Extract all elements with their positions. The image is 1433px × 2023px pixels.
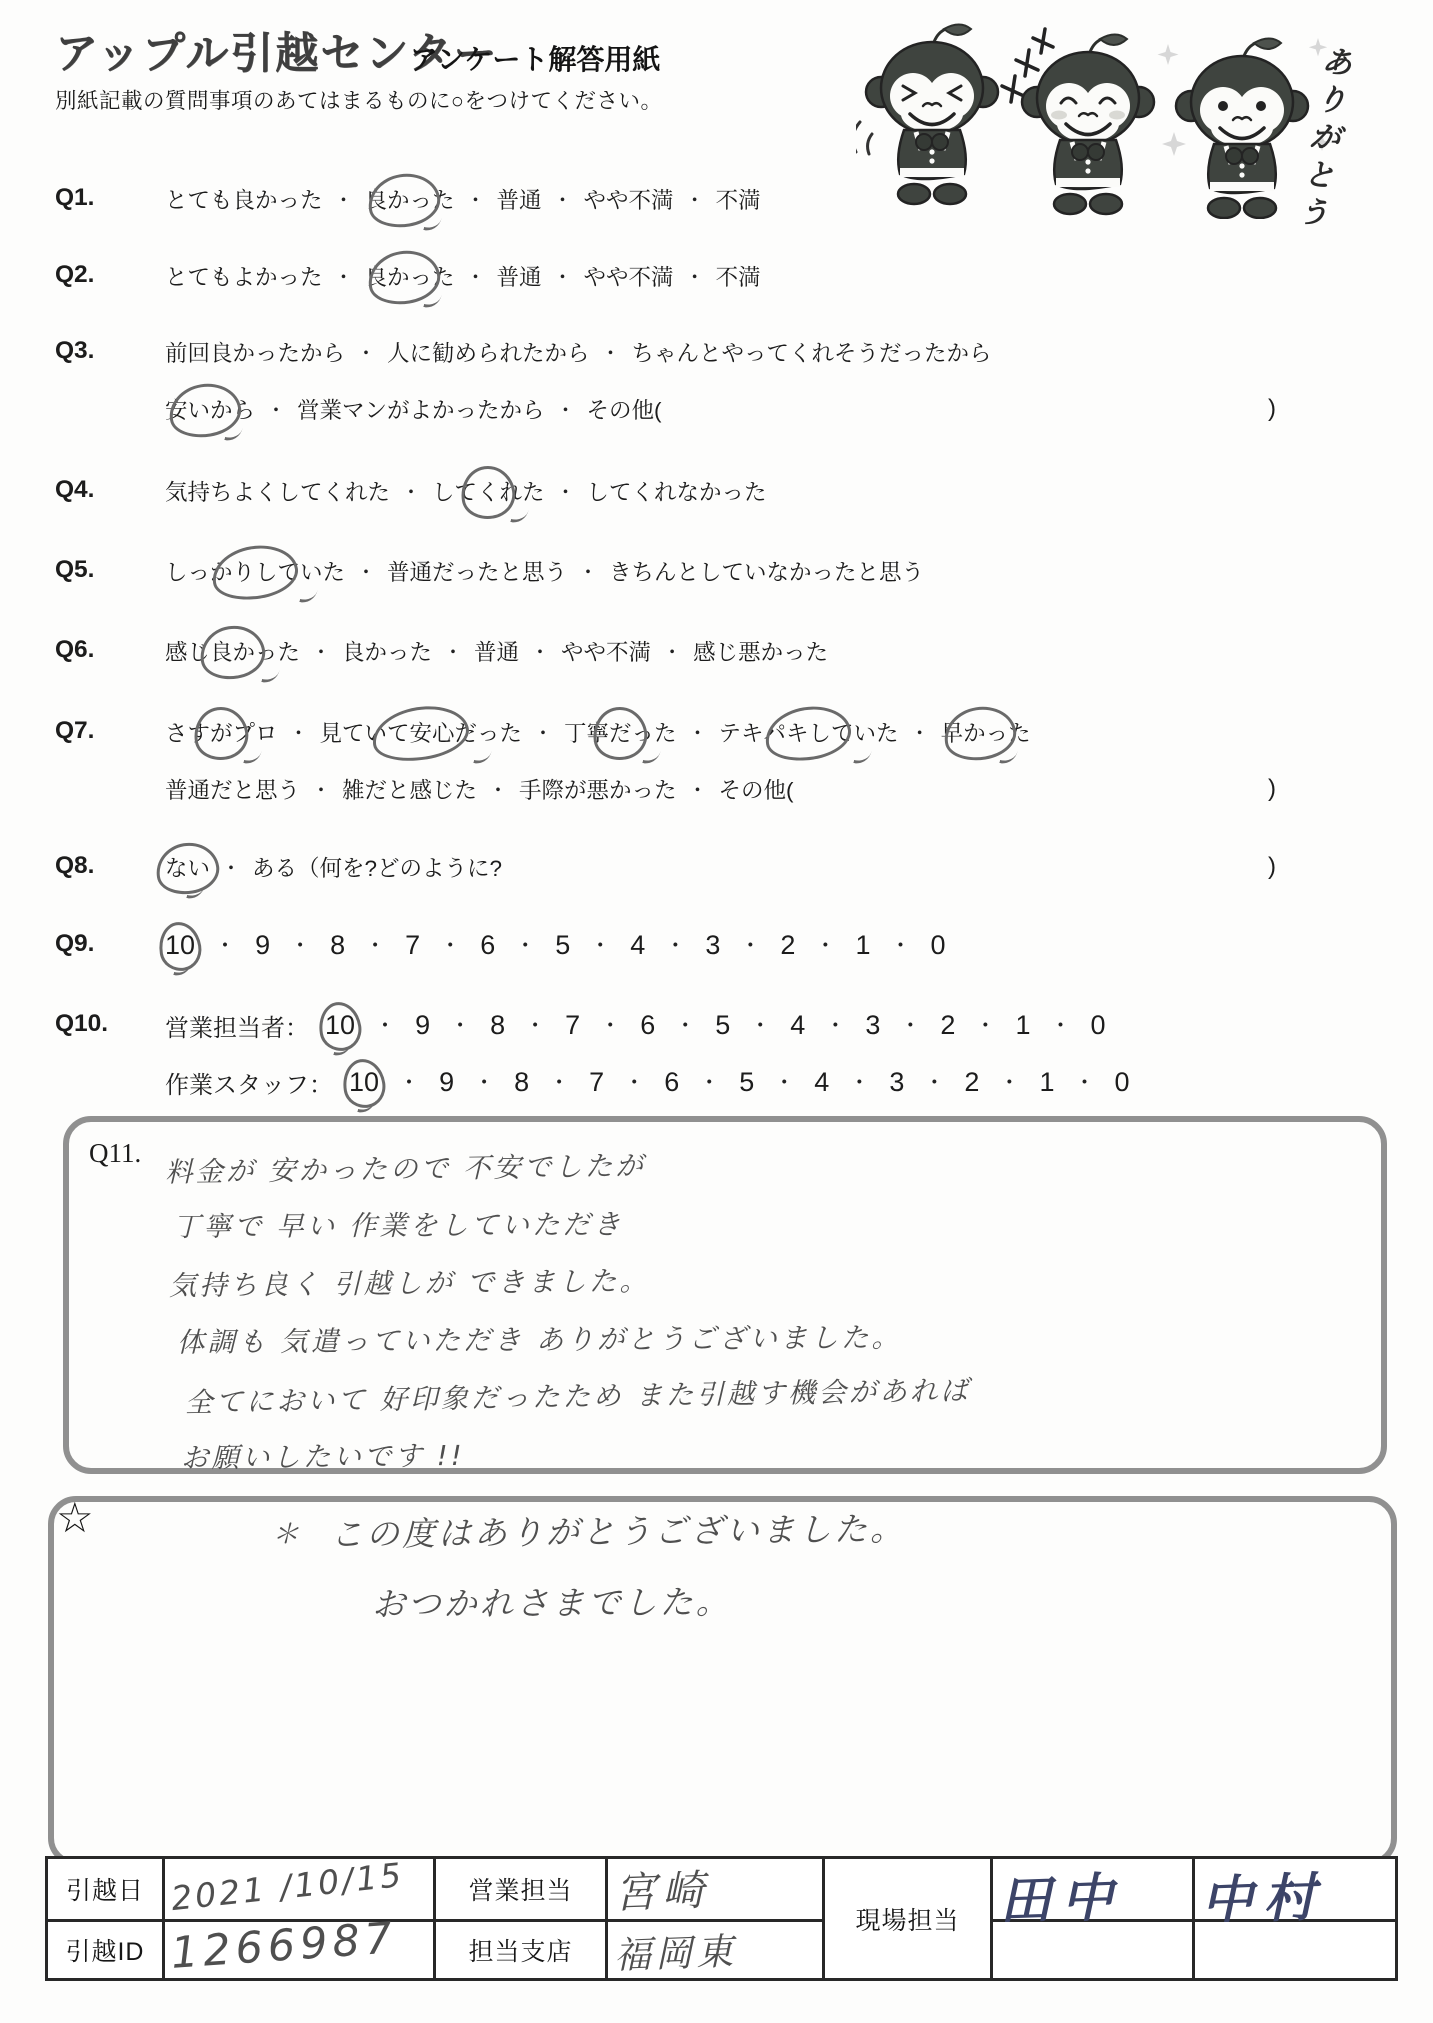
option-circled[interactable]: 安いから	[165, 393, 255, 425]
move-id-cell[interactable]: 1266987	[164, 1921, 435, 1980]
option[interactable]: 普通だったと思う	[387, 555, 567, 587]
option[interactable]: とてもよかった	[165, 260, 323, 292]
crew2-cell[interactable]: 中村	[1194, 1858, 1397, 1921]
branch-label: 担当支店	[435, 1921, 607, 1980]
option[interactable]: 良かった	[342, 635, 432, 667]
option[interactable]: 感じ悪かった	[693, 635, 828, 667]
option-separator: ・	[814, 929, 836, 960]
option-separator: ・	[524, 1009, 546, 1040]
question-label: Q6.	[55, 636, 95, 664]
option-circled[interactable]: 良かった	[365, 183, 455, 215]
option-circled[interactable]: しっかりしていた	[165, 555, 345, 587]
option-separator: ・	[998, 1066, 1020, 1097]
option-circled[interactable]: 10	[165, 930, 195, 961]
question-options: さすがプロ・見ていて安心だった・丁寧だった・テキパキしていた・早かった普通だと思…	[165, 716, 1433, 830]
option[interactable]: 0	[1090, 1010, 1105, 1041]
handwritten-asterisk-mark: ＊	[272, 1512, 302, 1551]
handwritten-comment-line: 丁寧で 早い 作業をしていただき	[165, 1199, 971, 1261]
option[interactable]: その他(	[719, 773, 794, 805]
sales-rep-handwritten: 宮崎	[613, 1857, 711, 1920]
option[interactable]: 手際が悪かった	[519, 773, 677, 805]
option[interactable]: 雑だと感じた	[342, 773, 477, 805]
option-separator: ・	[449, 1009, 471, 1040]
question-label: Q1.	[55, 184, 95, 212]
option[interactable]: 4	[814, 1067, 829, 1098]
motion-lines-icon	[856, 122, 872, 154]
question-label: Q4.	[55, 476, 95, 504]
handwritten-comment-line: お願いしたいです !!	[165, 1428, 971, 1493]
option[interactable]: 1	[1015, 1010, 1030, 1041]
option-circled[interactable]: 丁寧だった	[564, 716, 677, 748]
handwritten-comment-line: 体調も 気遣っていただき ありがとうございました。	[165, 1314, 971, 1377]
option-line: 安いから・営業マンがよかったから・その他()	[165, 393, 1433, 425]
question-options: とても良かった・良かった・普通・やや不満・不満	[165, 183, 1433, 240]
option[interactable]: 2	[964, 1067, 979, 1098]
question-options: ない・ある（何を?どのように?)	[165, 851, 1433, 908]
sales-rep-label: 営業担当	[435, 1858, 607, 1921]
option-separator: ・	[664, 929, 686, 960]
question-options: 10・9・8・7・6・5・4・3・2・1・0	[165, 929, 1433, 986]
option-separator: ・	[623, 1066, 645, 1097]
question-label: Q10.	[55, 1010, 108, 1038]
option-separator: ・	[548, 1066, 570, 1097]
survey-sheet: アップル引越センター アンケート解答用紙 別紙記載の質問事項のあてはまるものに○…	[0, 0, 1433, 2023]
option-separator: ・	[674, 1009, 696, 1040]
option[interactable]: 7	[589, 1067, 604, 1098]
option-line: ない・ある（何を?どのように?)	[165, 851, 1433, 883]
option-circled[interactable]: 10	[325, 1010, 355, 1041]
option-line: 前回良かったから・人に勧められたから・ちゃんとやってくれそうだったから	[165, 336, 1433, 368]
option[interactable]: 普通だと思う	[165, 773, 300, 805]
option-line: しっかりしていた・普通だったと思う・きちんとしていなかったと思う	[165, 555, 1433, 587]
question-label: Q9.	[55, 930, 95, 958]
option-separator: ・	[514, 929, 536, 960]
option-separator: ・	[974, 1009, 996, 1040]
move-date-handwritten: 2021 /10/15	[169, 1854, 405, 1917]
option-separator: ・	[466, 261, 486, 290]
move-date-label: 引越日	[47, 1858, 164, 1921]
q11-comment-box: Q11. 料金が 安かったので 不安でしたが丁寧で 早い 作業をしていただき気持…	[63, 1116, 1387, 1474]
option[interactable]: 6	[640, 1010, 655, 1041]
handwritten-note-line: この度はありがとうございました。	[330, 1503, 906, 1556]
option-prefix: 作業スタッフ：	[165, 1065, 333, 1100]
option-separator: ・	[824, 1009, 846, 1040]
option[interactable]: 1	[1039, 1067, 1054, 1098]
option[interactable]: きちんとしていなかったと思う	[609, 555, 924, 587]
instruction-text: 別紙記載の質問事項のあてはまるものに○をつけてください。	[55, 84, 663, 115]
option[interactable]: 営業マンがよかったから	[297, 393, 545, 425]
option-separator: ・	[739, 929, 761, 960]
option-separator: ・	[688, 774, 708, 803]
question-options: 感じ良かった・良かった・普通・やや不満・感じ悪かった	[165, 635, 1433, 692]
option[interactable]: 不満	[716, 260, 761, 292]
option[interactable]: 7	[405, 930, 420, 961]
option[interactable]: とても良かった	[165, 183, 323, 215]
q11-handwritten-comment: 料金が 安かったので 不安でしたが丁寧で 早い 作業をしていただき気持ち良く 引…	[165, 1144, 971, 1489]
closing-paren: )	[1268, 775, 1276, 803]
q11-label: Q11.	[89, 1138, 141, 1169]
option[interactable]: 3	[705, 930, 720, 961]
option[interactable]: 前回良かったから	[165, 336, 345, 368]
option[interactable]: 気持ちよくしてくれた	[165, 475, 390, 507]
option-separator: ・	[289, 929, 311, 960]
option-circled[interactable]: してくれた	[432, 475, 545, 507]
crew1-cell[interactable]: 田中	[992, 1858, 1194, 1921]
option-separator: ・	[889, 929, 911, 960]
handwritten-comment-line: 全てにおいて 好印象だったため また引越す機会があれば	[165, 1368, 972, 1438]
option[interactable]: 不満	[716, 183, 761, 215]
option-separator: ・	[443, 636, 463, 665]
question-label: Q7.	[55, 717, 95, 745]
question-options: しっかりしていた・普通だったと思う・きちんとしていなかったと思う	[165, 555, 1433, 612]
option-separator: ・	[398, 1066, 420, 1097]
option[interactable]: 2	[940, 1010, 955, 1041]
option-line: 普通だと思う・雑だと感じた・手際が悪かった・その他()	[165, 773, 1433, 805]
handwritten-comment-line: 気持ち良く 引越しが できました。	[165, 1255, 972, 1321]
option[interactable]: 7	[565, 1010, 580, 1041]
branch-cell[interactable]: 福岡東	[607, 1921, 824, 1980]
option[interactable]: 8	[330, 930, 345, 961]
option[interactable]: やや不満	[584, 183, 674, 215]
question-label: Q8.	[55, 852, 95, 880]
option[interactable]: やや不満	[584, 260, 674, 292]
option-separator: ・	[685, 184, 705, 213]
option-separator: ・	[848, 1066, 870, 1097]
option[interactable]: やや不満	[561, 635, 651, 667]
option-separator: ・	[662, 636, 682, 665]
option[interactable]: その他(	[587, 393, 662, 425]
option[interactable]: 1	[855, 930, 870, 961]
closing-paren: )	[1268, 395, 1276, 423]
question-label: Q5.	[55, 556, 95, 584]
option-separator: ・	[1073, 1066, 1095, 1097]
question-options: 営業担当者：10・9・8・7・6・5・4・3・2・1・0作業スタッフ：10・9・…	[165, 1009, 1433, 1123]
option-line: 作業スタッフ：10・9・8・7・6・5・4・3・2・1・0	[165, 1066, 1433, 1098]
option[interactable]: 5	[739, 1067, 754, 1098]
option-line: さすがプロ・見ていて安心だった・丁寧だった・テキパキしていた・早かった	[165, 716, 1433, 748]
option[interactable]: 5	[715, 1010, 730, 1041]
branch-handwritten: 福岡東	[613, 1921, 738, 1979]
option-separator: ・	[599, 1009, 621, 1040]
option[interactable]: してくれなかった	[587, 475, 767, 507]
sales-rep-cell[interactable]: 宮崎	[607, 1858, 824, 1921]
star-icon: ☆	[56, 1493, 94, 1542]
option-circled[interactable]: 感じ良かった	[165, 635, 300, 667]
option-separator: ・	[488, 774, 508, 803]
closing-paren: )	[1268, 853, 1276, 881]
option-line: とても良かった・良かった・普通・やや不満・不満	[165, 183, 1433, 215]
move-id-handwritten: 1266987	[169, 1913, 398, 1979]
option-separator: ・	[773, 1066, 795, 1097]
option-circled[interactable]: テキパキしていた	[719, 716, 899, 748]
option-circled[interactable]: 良かった	[365, 260, 455, 292]
crew2-handwritten: 中村	[1200, 1878, 1325, 1922]
form-title: アンケート解答用紙	[410, 38, 660, 78]
option-separator: ・	[556, 476, 576, 505]
move-id-label: 引越ID	[47, 1921, 164, 1980]
option[interactable]: 3	[889, 1067, 904, 1098]
option[interactable]: 6	[480, 930, 495, 961]
option[interactable]: ちゃんとやってくれそうだったから	[632, 336, 992, 368]
option[interactable]: 4	[630, 930, 645, 961]
option[interactable]: 5	[555, 930, 570, 961]
option[interactable]: 9	[415, 1010, 430, 1041]
option[interactable]: 6	[664, 1067, 679, 1098]
option-separator: ・	[334, 261, 354, 290]
question-options: とてもよかった・良かった・普通・やや不満・不満	[165, 260, 1433, 317]
crew1-handwritten: 田中	[998, 1878, 1123, 1922]
option-separator: ・	[311, 636, 331, 665]
crew2-empty-cell[interactable]	[1194, 1921, 1397, 1980]
option-separator: ・	[749, 1009, 771, 1040]
option-circled[interactable]: さすがプロ	[165, 716, 278, 748]
option-circled[interactable]: ない	[165, 851, 210, 883]
option-separator: ・	[910, 717, 930, 746]
option-separator: ・	[688, 717, 708, 746]
option[interactable]: 普通	[497, 183, 542, 215]
option[interactable]: 2	[780, 930, 795, 961]
option-separator: ・	[1049, 1009, 1071, 1040]
option-line: 10・9・8・7・6・5・4・3・2・1・0	[165, 929, 1433, 961]
option-separator: ・	[578, 556, 598, 585]
option[interactable]: 8	[490, 1010, 505, 1041]
option-separator: ・	[553, 184, 573, 213]
option-separator: ・	[553, 261, 573, 290]
option[interactable]: 4	[790, 1010, 805, 1041]
option[interactable]: 3	[865, 1010, 880, 1041]
option-separator: ・	[311, 774, 331, 803]
option[interactable]: 普通	[474, 635, 519, 667]
option[interactable]: 0	[930, 930, 945, 961]
crew1-empty-cell[interactable]	[992, 1921, 1194, 1980]
option[interactable]: 9	[255, 930, 270, 961]
option-separator: ・	[374, 1009, 396, 1040]
option-circled[interactable]: 10	[349, 1067, 379, 1098]
option-separator: ・	[401, 476, 421, 505]
option-separator: ・	[364, 929, 386, 960]
option[interactable]: 普通	[497, 260, 542, 292]
handwritten-thanks-note: この度はありがとうございました。おつかれさまでした。	[330, 1506, 906, 1624]
option-circled[interactable]: 早かった	[941, 716, 1031, 748]
move-date-cell[interactable]: 2021 /10/15	[164, 1858, 435, 1921]
option-separator: ・	[556, 394, 576, 423]
option-separator: ・	[530, 636, 550, 665]
option-separator: ・	[923, 1066, 945, 1097]
option-circled[interactable]: 見ていて安心だった	[320, 716, 523, 748]
option[interactable]: 人に勧められたから	[387, 336, 590, 368]
option-line: 気持ちよくしてくれた・してくれた・してくれなかった	[165, 475, 1433, 507]
option-prefix: 営業担当者：	[165, 1008, 309, 1043]
option-separator: ・	[356, 556, 376, 585]
handwritten-note-line: おつかれさまでした。	[330, 1575, 906, 1626]
option-separator: ・	[266, 394, 286, 423]
option-separator: ・	[589, 929, 611, 960]
option-separator: ・	[334, 184, 354, 213]
option-separator: ・	[214, 929, 236, 960]
option-line: とてもよかった・良かった・普通・やや不満・不満	[165, 260, 1433, 292]
question-label: Q2.	[55, 261, 95, 289]
option-separator: ・	[289, 717, 309, 746]
option[interactable]: 0	[1114, 1067, 1129, 1098]
option-separator: ・	[356, 337, 376, 366]
winking-monkey-icon	[866, 25, 998, 205]
option[interactable]: 8	[514, 1067, 529, 1098]
option-separator: ・	[533, 717, 553, 746]
option-separator: ・	[685, 261, 705, 290]
option-line: 営業担当者：10・9・8・7・6・5・4・3・2・1・0	[165, 1009, 1433, 1041]
option-separator: ・	[698, 1066, 720, 1097]
option-separator: ・	[439, 929, 461, 960]
option[interactable]: 9	[439, 1067, 454, 1098]
option[interactable]: ある（何を?どのように?	[252, 851, 502, 883]
option-separator: ・	[899, 1009, 921, 1040]
option-separator: ・	[601, 337, 621, 366]
question-options: 気持ちよくしてくれた・してくれた・してくれなかった	[165, 475, 1433, 532]
footer-info-table: 引越日 2021 /10/15 営業担当 宮崎 現場担当 田中 中村 引越ID …	[45, 1856, 1398, 1981]
question-label: Q3.	[55, 337, 95, 365]
option-line: 感じ良かった・良かった・普通・やや不満・感じ悪かった	[165, 635, 1433, 667]
question-options: 前回良かったから・人に勧められたから・ちゃんとやってくれそうだったから安いから・…	[165, 336, 1433, 450]
site-crew-label: 現場担当	[824, 1858, 992, 1980]
option-separator: ・	[221, 852, 241, 881]
handwritten-comment-line: 料金が 安かったので 不安でしたが	[165, 1138, 972, 1207]
option-separator: ・	[473, 1066, 495, 1097]
option-separator: ・	[466, 184, 486, 213]
